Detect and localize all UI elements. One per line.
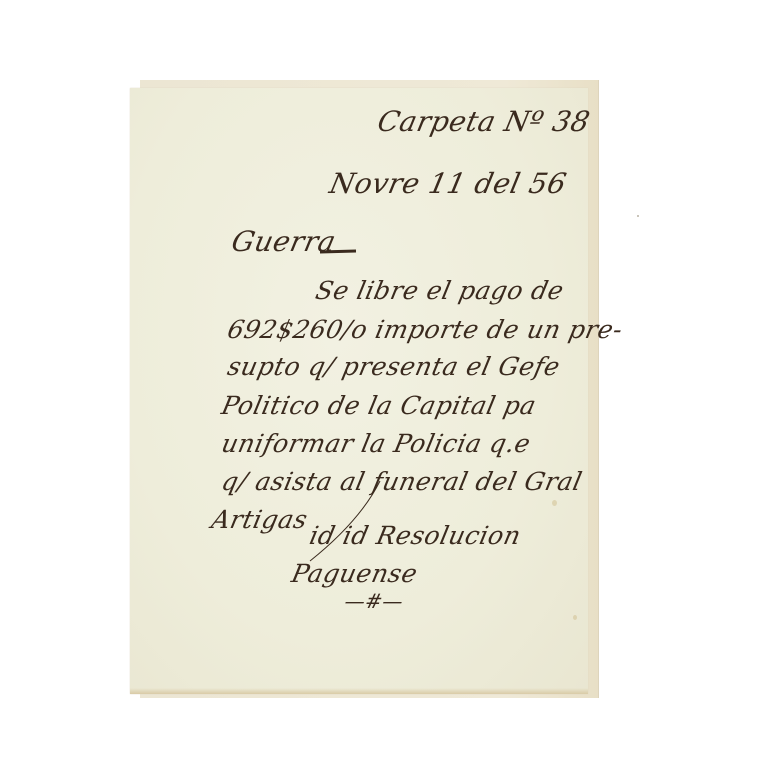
body-line: Politico de la Capital pa bbox=[219, 393, 538, 418]
foxing-stain bbox=[552, 500, 557, 506]
letter-date: Novre 11 del 56 bbox=[327, 170, 569, 198]
body-line: Se libre el pago de bbox=[313, 278, 566, 303]
background-speck bbox=[637, 215, 639, 217]
body-line: supto q/ presenta el Gefe bbox=[225, 354, 562, 379]
folder-number: Carpeta Nº 38 bbox=[375, 108, 592, 136]
torn-bottom-edge bbox=[130, 688, 588, 694]
body-line: uniformar la Policia q.e bbox=[219, 431, 533, 456]
foxing-stain bbox=[573, 615, 577, 620]
rubric: —#— bbox=[343, 591, 406, 611]
addressee-underline bbox=[318, 248, 358, 256]
body-line: 692$260/o importe de un pre- bbox=[225, 317, 625, 342]
pen-stroke-flourish bbox=[270, 476, 390, 566]
manuscript-page: Carpeta Nº 38 Novre 11 del 56 Guerra Se … bbox=[130, 88, 588, 694]
